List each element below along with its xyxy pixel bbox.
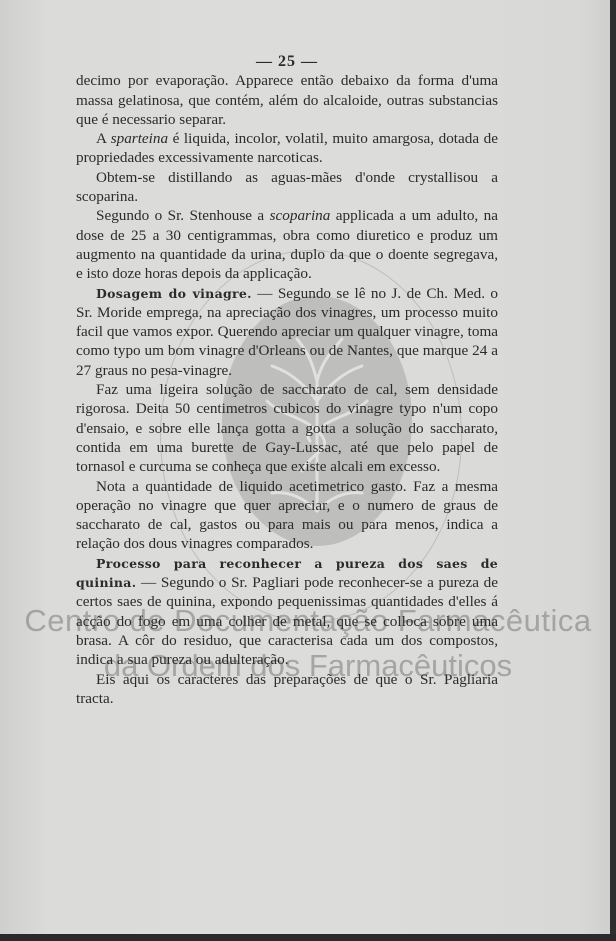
paragraph: Dosagem do vinagre. — Segundo se lê no J… xyxy=(76,284,498,380)
paragraph: Obtem-se distillando as aguas-mães d'ond… xyxy=(76,168,498,207)
page-edge-right xyxy=(610,0,616,941)
page-edge-bottom xyxy=(0,934,616,941)
paragraph-text: A xyxy=(96,130,111,147)
paragraph-text: — Segundo o Sr. Pagliari pode reconhecer… xyxy=(76,574,498,668)
paragraph: Eis aqui os caracteres das preparações d… xyxy=(76,670,498,709)
paragraph: Nota a quantidade de liquido acetimetric… xyxy=(76,477,498,554)
italic-term: sparteina xyxy=(111,130,168,147)
paragraph: Segundo o Sr. Stenhouse a scoparina appl… xyxy=(76,206,498,283)
paragraph: A sparteina é liquida, incolor, volatil,… xyxy=(76,129,498,168)
page-number: — 25 — xyxy=(76,52,498,71)
paragraph-text: Segundo o Sr. Stenhouse a xyxy=(96,207,270,224)
paragraph: Faz uma ligeira solução de saccharato de… xyxy=(76,380,498,476)
paragraph: Processo para reconhecer a pureza dos sa… xyxy=(76,554,498,670)
paragraph: decimo por evaporação. Apparece então de… xyxy=(76,71,498,129)
italic-term: scoparina xyxy=(270,207,331,224)
section-heading: Dosagem do vinagre. xyxy=(96,286,252,301)
page-body: — 25 — decimo por evaporação. Apparece e… xyxy=(76,52,498,708)
